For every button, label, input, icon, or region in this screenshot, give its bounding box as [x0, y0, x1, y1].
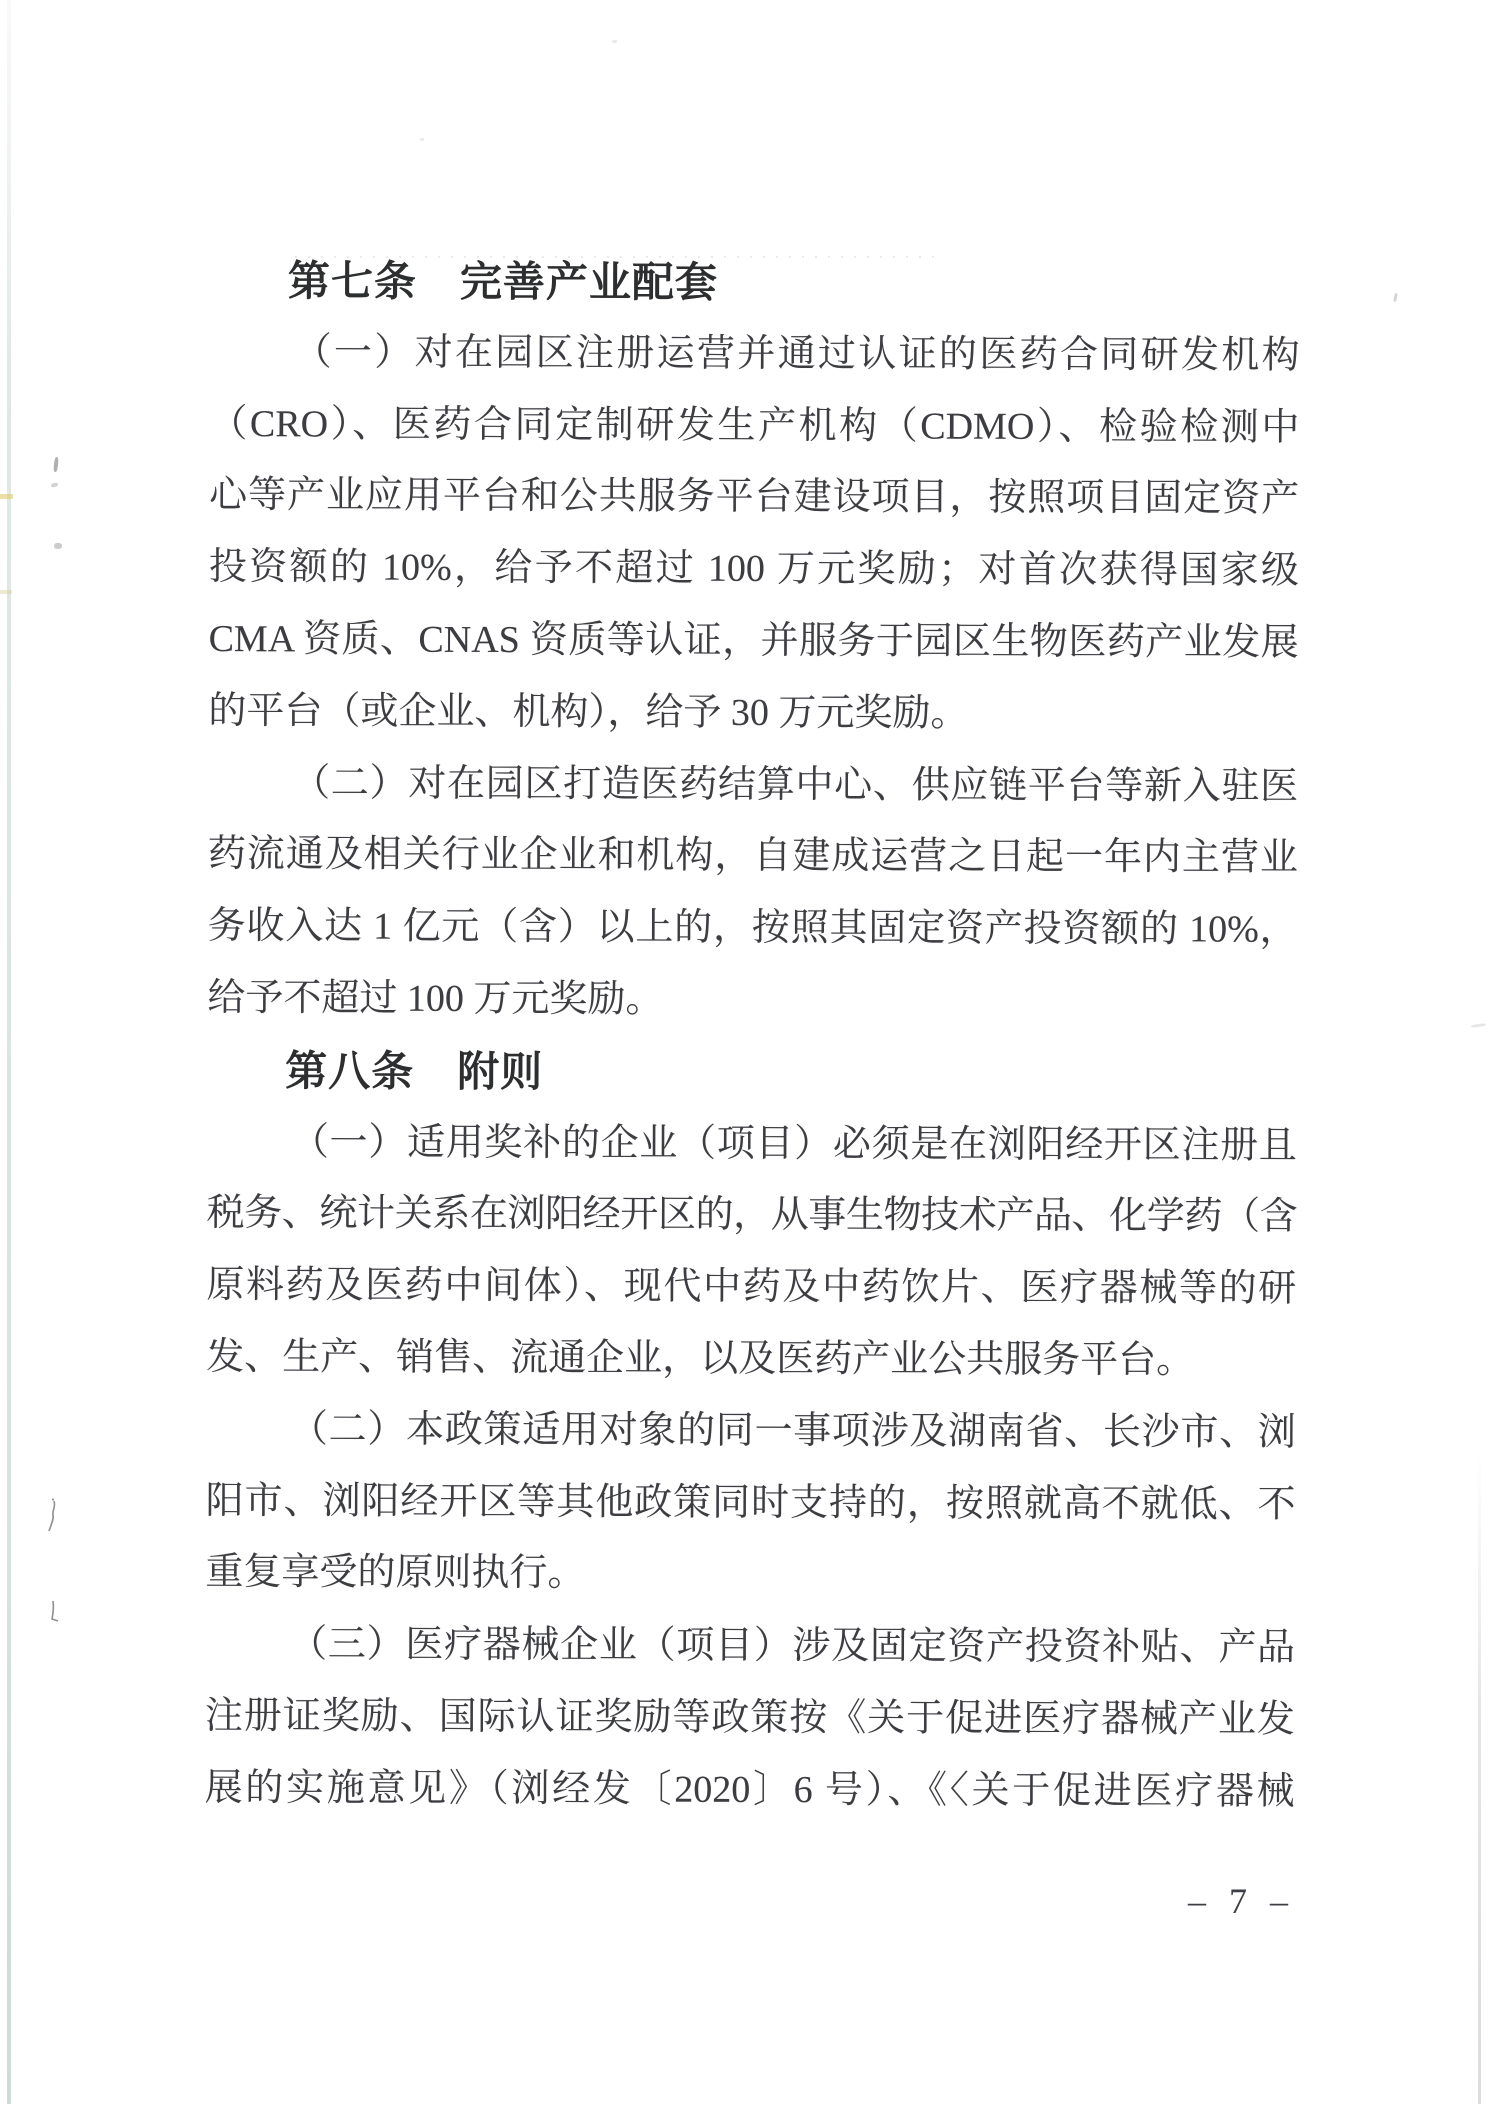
scan-speck — [53, 457, 59, 472]
scan-pen-mark — [48, 1600, 62, 1624]
scan-pen-mark — [46, 1498, 60, 1534]
text-line: 投资额的 10%，给予不超过 100 万元奖励；对首次获得国家级 — [209, 532, 1299, 608]
scan-speck — [54, 543, 62, 549]
text-line: 心等产业应用平台和公共服务平台建设项目，按照项目固定资产 — [209, 460, 1299, 536]
text-line: （一）适用奖补的企业（项目）必须是在浏阳经开区注册且 — [207, 1107, 1297, 1183]
scan-speck — [420, 138, 424, 141]
text-line: （二）本政策适用对象的同一事项涉及湖南省、长沙市、浏 — [206, 1394, 1296, 1470]
text-line: 原料药及医药中间体）、现代中药及中药饮片、医疗器械等的研 — [206, 1250, 1296, 1326]
text-line: 的平台（或企业、机构），给予 30 万元奖励。 — [208, 676, 1298, 752]
text-line: CMA 资质、CNAS 资质等认证，并服务于园区生物医药产业发展 — [208, 604, 1298, 680]
scan-speck — [51, 482, 59, 488]
text-line: 展的实施意见》（浏经发〔2020〕6 号）、《〈关于促进医疗器械 — [204, 1753, 1294, 1829]
scan-speck — [1393, 293, 1398, 302]
text-line: 重复享受的原则执行。 — [205, 1537, 1295, 1613]
text-line: 药流通及相关行业企业和机构，自建成运营之日起一年内主营业 — [208, 819, 1298, 895]
page-number: – 7 – — [1188, 1878, 1295, 1924]
text-line: （三）医疗器械企业（项目）涉及固定资产投资补贴、产品 — [205, 1609, 1295, 1685]
document-page: 第七条 完善产业配套 （一）对在园区注册运营并通过认证的医药合同研发机构 （CR… — [0, 0, 1488, 2104]
scan-speck-yellow — [0, 590, 12, 594]
text-line: 给予不超过 100 万元奖励。 — [207, 963, 1297, 1039]
scan-edge-shadow-left — [7, 0, 11, 2104]
text-line: （二）对在园区打造医药结算中心、供应链平台等新入驻医 — [208, 748, 1298, 824]
scan-speck-yellow — [0, 494, 13, 499]
section-heading-article-7: 第七条 完善产业配套 — [210, 245, 1300, 321]
text-line: 税务、统计关系在浏阳经开区的，从事生物技术产品、化学药（含 — [206, 1178, 1296, 1254]
document-text: 第七条 完善产业配套 （一）对在园区注册运营并通过认证的医药合同研发机构 （CR… — [204, 245, 1300, 1828]
text-line: 注册证奖励、国际认证奖励等政策按《关于促进医疗器械产业发 — [205, 1681, 1295, 1757]
scan-speck — [612, 40, 617, 43]
text-line: 阳市、浏阳经开区等其他政策同时支持的，按照就高不就低、不 — [205, 1466, 1295, 1542]
scan-edge-shadow-right — [1478, 1450, 1481, 2104]
scan-speck — [1471, 1023, 1486, 1028]
section-heading-article-8: 第八条 附则 — [207, 1035, 1297, 1111]
text-line: （一）对在园区注册运营并通过认证的医药合同研发机构 — [209, 317, 1299, 393]
text-line: （CRO）、医药合同定制研发生产机构（CDMO）、检验检测中 — [209, 389, 1299, 465]
text-line: 务收入达 1 亿元（含）以上的，按照其固定资产投资额的 10%， — [207, 891, 1297, 967]
text-line: 发、生产、销售、流通企业，以及医药产业公共服务平台。 — [206, 1322, 1296, 1398]
